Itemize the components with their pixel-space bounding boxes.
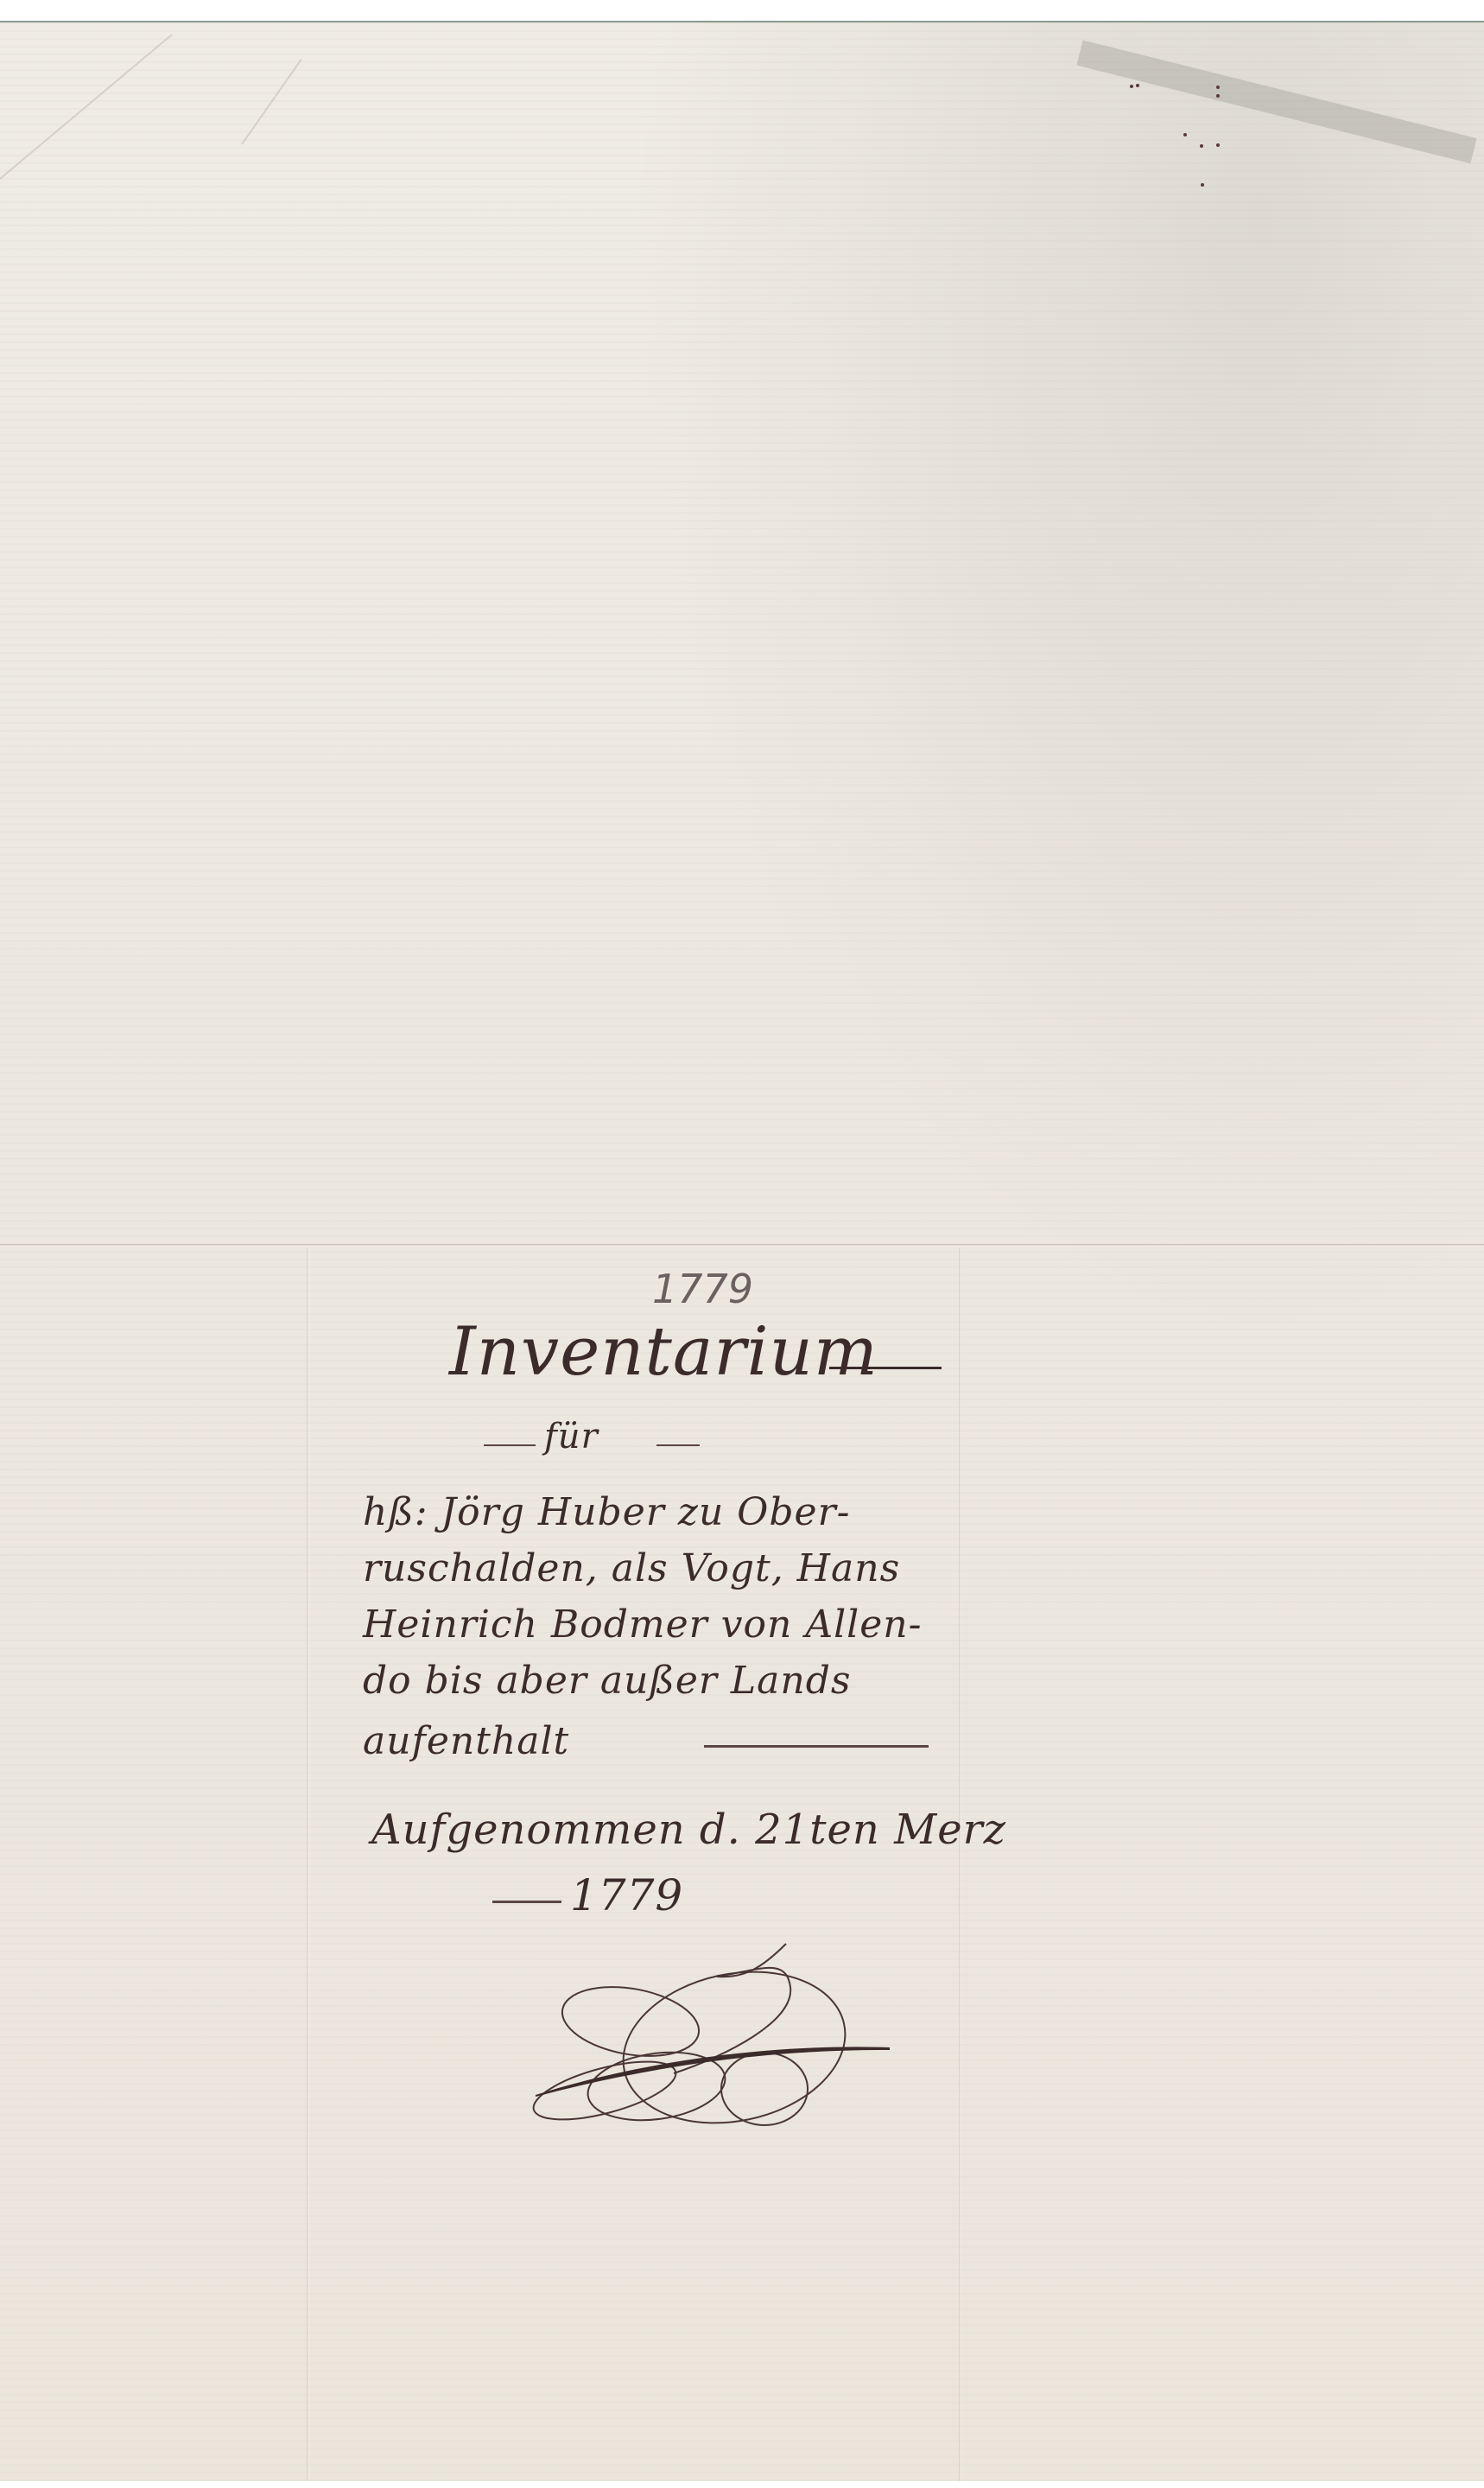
text-line-fuer: für <box>544 1417 599 1457</box>
document-title: Inventarium <box>449 1313 878 1391</box>
vertical-fold-left <box>307 1247 309 2481</box>
text-line-5: aufenthalt <box>363 1719 569 1763</box>
text-line-1: hß: Jörg Huber zu Ober- <box>363 1490 850 1534</box>
pencil-year-annotation: 1779 <box>652 1266 753 1312</box>
text-line-4: do bis aber außer Lands <box>363 1659 851 1703</box>
decorative-dash <box>656 1444 700 1446</box>
year-leading-dash <box>492 1901 561 1903</box>
year-text: 1779 <box>570 1870 683 1920</box>
paper-crease <box>241 59 301 144</box>
paper-crease <box>0 34 173 180</box>
title-underline <box>829 1367 942 1369</box>
date-line: Aufgenommen d. 21ten Merz <box>371 1806 1006 1854</box>
paper-crease <box>1076 40 1476 163</box>
text-line-3: Heinrich Bodmer von Allen- <box>363 1603 923 1647</box>
decorative-dash <box>484 1444 536 1446</box>
horizontal-fold <box>0 1244 1484 1247</box>
text-line-2: ruschalden, als Vogt, Hans <box>363 1546 900 1590</box>
line-filler-dash <box>704 1745 929 1748</box>
signature-flourish-icon <box>501 1935 907 2134</box>
vertical-fold-right <box>959 1247 961 2481</box>
